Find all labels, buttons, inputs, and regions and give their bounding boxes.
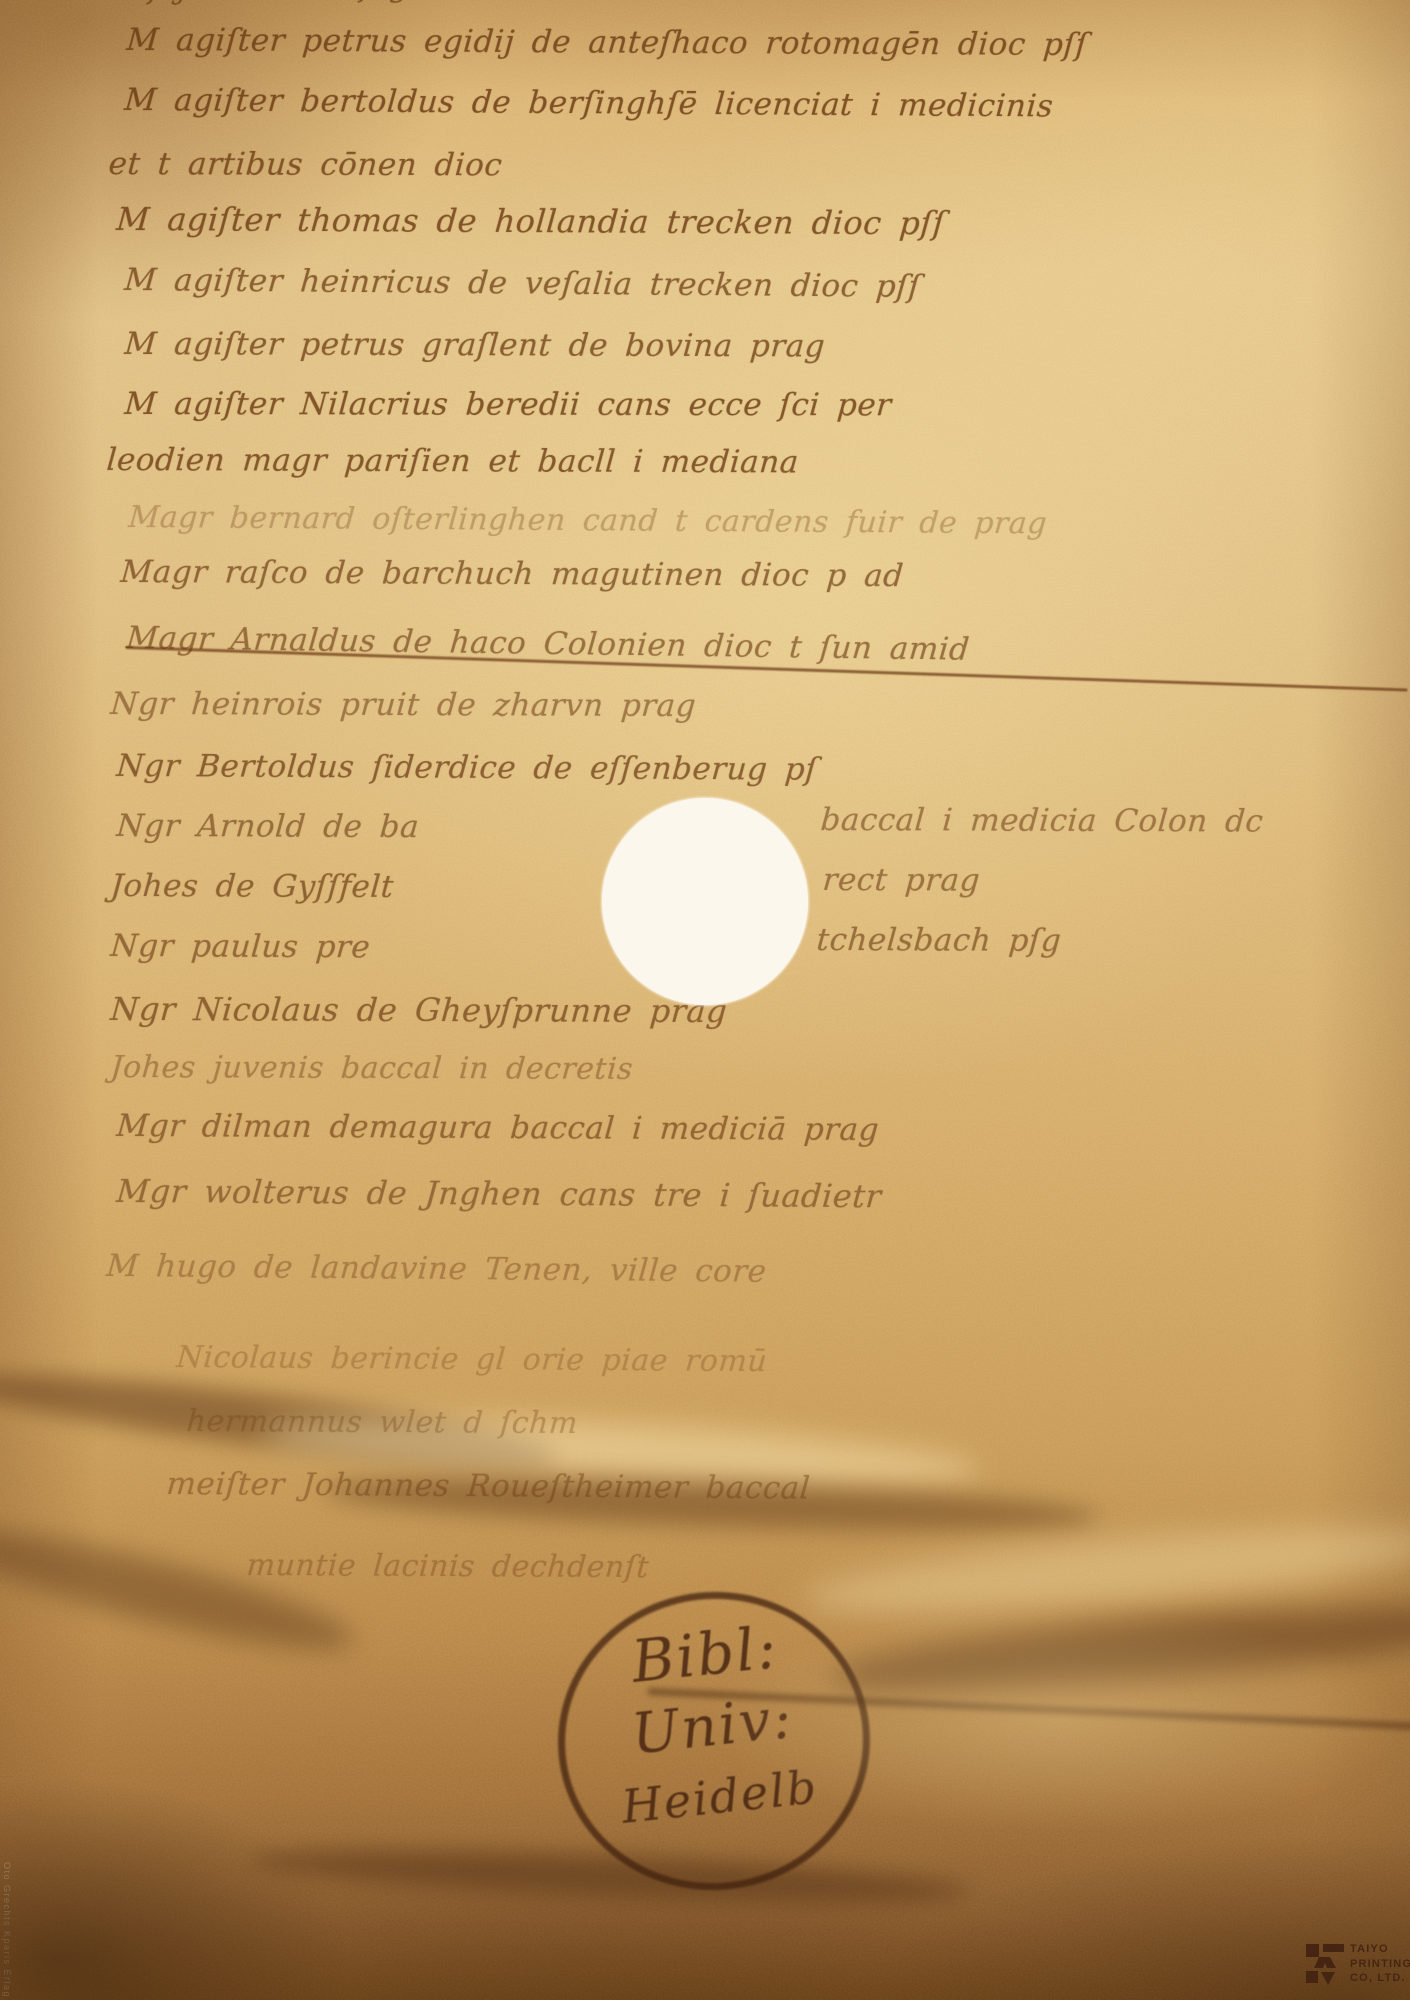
manuscript-line: Ngr Arnold de ba bbox=[115, 808, 420, 845]
manuscript-line: Mgr dilman demagura baccal i mediciā pra… bbox=[115, 1108, 880, 1148]
manuscript-line: baccal i medicia Colon dc bbox=[819, 802, 1264, 840]
manuscript-line: M hugo de landavine Tenen, ville core bbox=[105, 1248, 768, 1290]
printer-name: TAIYO bbox=[1350, 1942, 1410, 1957]
printer-credit: TAIYO PRINTING CO, LTD. bbox=[1306, 1942, 1410, 1986]
manuscript-line: ſ johānis — ſ g bbox=[148, 0, 411, 6]
library-stamp: Bibl: Univ: Heidelb bbox=[543, 1577, 884, 1906]
manuscript-line: hermannus wlet d ſchm bbox=[185, 1404, 579, 1441]
manuscript-line: M agiſter Nilacrius beredii cans ecce ſc… bbox=[123, 386, 892, 423]
photo-credit-text: Oto Grechts Kparis Erlag bbox=[2, 1862, 12, 1998]
manuscript-line: Magr bernard oſterlinghen cand t cardens… bbox=[127, 500, 1048, 541]
manuscript-line: Magr raſco de barchuch magutinen dioc p … bbox=[119, 554, 905, 594]
taiyo-printing-logo-icon bbox=[1306, 1942, 1344, 1986]
manuscript-line: M agiſter heinricus de veſalia trecken d… bbox=[123, 262, 921, 305]
manuscript-line: meiſter Johannes Roueſtheimer baccal bbox=[165, 1466, 811, 1506]
manuscript-line: M agiſter bertoldus de berſinghſē licenc… bbox=[123, 82, 1054, 124]
manuscript-line: M agiſter petrus graſlent de bovina prag bbox=[123, 326, 826, 364]
manuscript-line: M agiſter petrus egidij de anteſhaco rot… bbox=[125, 22, 1089, 63]
manuscript-line: rect prag bbox=[821, 862, 981, 899]
manuscript-line: Johes de Gyſſfelt bbox=[109, 868, 395, 905]
manuscript-line: Ngr heinrois pruit de zharvn prag bbox=[109, 686, 697, 724]
manuscript-line: Nicolaus berincie gl orie piae romū bbox=[175, 1340, 768, 1379]
manuscript-line: Ngr Bertoldus ſiderdice de eſſenberug pſ bbox=[115, 748, 818, 788]
manuscript-line: leodien magr pariſien et bacll i mediana bbox=[105, 442, 800, 480]
manuscript-line: Ngr Nicolaus de Gheyſprunne prag bbox=[109, 990, 728, 1030]
manuscript-line: Mgr wolterus de Jnghen cans tre i ſuadie… bbox=[115, 1172, 883, 1215]
manuscript-line: et t artibus cōnen dioc bbox=[107, 146, 503, 183]
manuscript-line: Johes juvenis baccal in decretis bbox=[109, 1050, 634, 1087]
manuscript-line: Ngr paulus pre bbox=[109, 928, 371, 965]
manuscript-line: M agiſter thomas de hollandia trecken di… bbox=[115, 200, 946, 242]
printer-word: PRINTING bbox=[1350, 1957, 1410, 1972]
manuscript-line: muntie lacinis dechdenſt bbox=[245, 1548, 650, 1585]
manuscript-page: ſ johānis — ſ gM agiſter petrus egidij d… bbox=[0, 0, 1410, 2000]
punched-hole bbox=[602, 798, 808, 1005]
printer-suffix: CO, LTD. bbox=[1350, 1971, 1410, 1986]
manuscript-line: tchelsbach pſg bbox=[815, 922, 1062, 959]
